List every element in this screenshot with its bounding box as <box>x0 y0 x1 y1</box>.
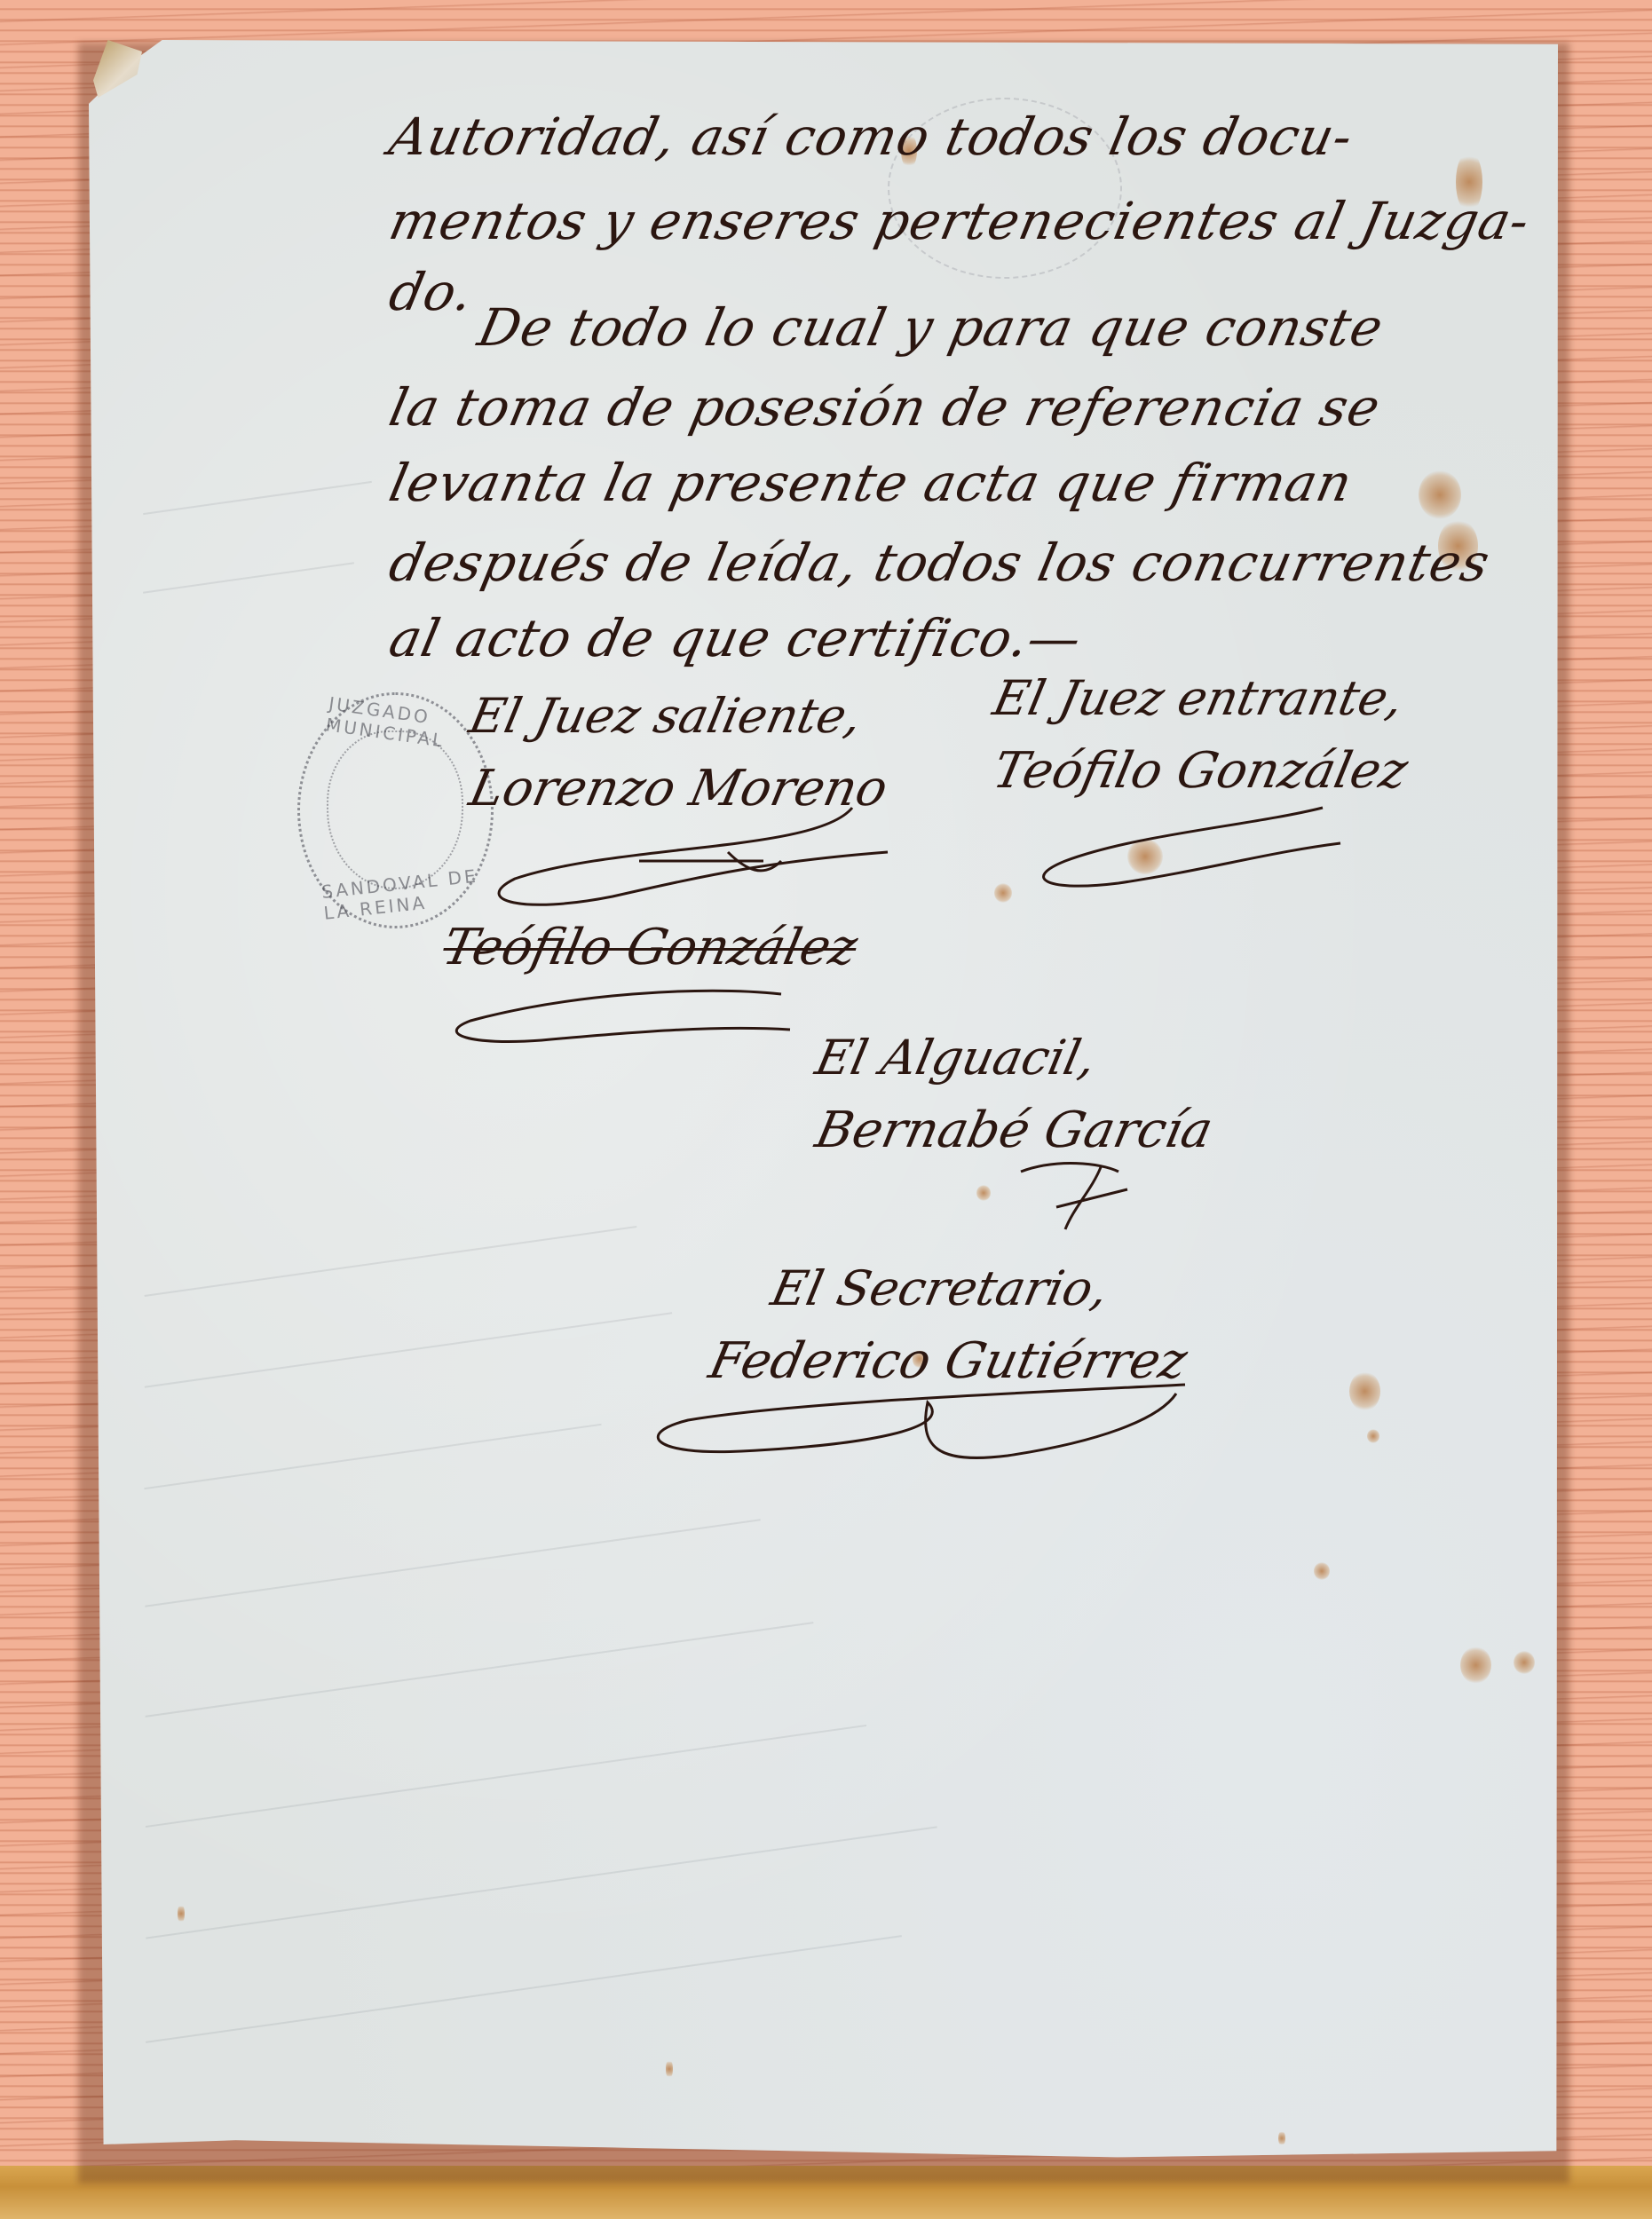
foxing-stain <box>1278 2130 1285 2146</box>
signature-flourish <box>1030 799 1367 896</box>
foxing-stain <box>1349 1371 1380 1411</box>
foxing-stain <box>1367 1429 1379 1443</box>
foxing-stain <box>994 883 1012 903</box>
signature-name: Bernabé García <box>810 1102 1218 1159</box>
foxing-stain <box>178 1904 185 1923</box>
body-line: al acto de que certifico.— <box>384 608 1087 668</box>
body-line: do. <box>384 262 479 322</box>
signature-title: El Secretario, <box>766 1260 1191 1316</box>
signature-rubric <box>1003 1154 1145 1234</box>
body-line: la toma de posesión de referencia se <box>384 377 1387 438</box>
foxing-stain <box>976 1185 991 1201</box>
foxing-stain <box>1314 1562 1330 1580</box>
signature-flourish <box>479 799 905 914</box>
signature-struck-through: Teófilo González <box>444 919 857 976</box>
signature-bailiff: El Alguacil, Bernabé García <box>817 1030 1212 1159</box>
signature-flourish <box>435 976 826 1047</box>
foxing-stain <box>1460 1646 1491 1684</box>
signature-title: El Juez entrante, <box>988 670 1412 726</box>
foxing-stain <box>1419 470 1461 519</box>
signature-title: El Juez saliente, <box>464 688 892 744</box>
body-line: De todo lo cual y para que conste <box>473 297 1389 358</box>
seal-coat-of-arms <box>327 730 463 889</box>
signature-title: El Alguacil, <box>810 1030 1217 1086</box>
signature-name: Teófilo González <box>438 919 862 976</box>
foxing-stain <box>1514 1651 1535 1674</box>
body-line: mentos y enseres pertenecientes al Juzga… <box>384 191 1536 251</box>
signature-incoming-judge: El Juez entrante, Teófilo González <box>994 670 1407 800</box>
signature-flourish <box>635 1367 1203 1473</box>
body-line: después de leída, todos los concurrentes <box>384 533 1496 593</box>
foxing-stain <box>666 2059 673 2079</box>
body-line: levanta la presente acta que firman <box>384 453 1358 513</box>
body-line: Autoridad, así como todos los docu- <box>384 107 1359 167</box>
municipal-court-seal: JUZGADO MUNICIPAL SANDOVAL DE LA REINA <box>297 692 494 928</box>
signature-name: Teófilo González <box>988 742 1412 800</box>
